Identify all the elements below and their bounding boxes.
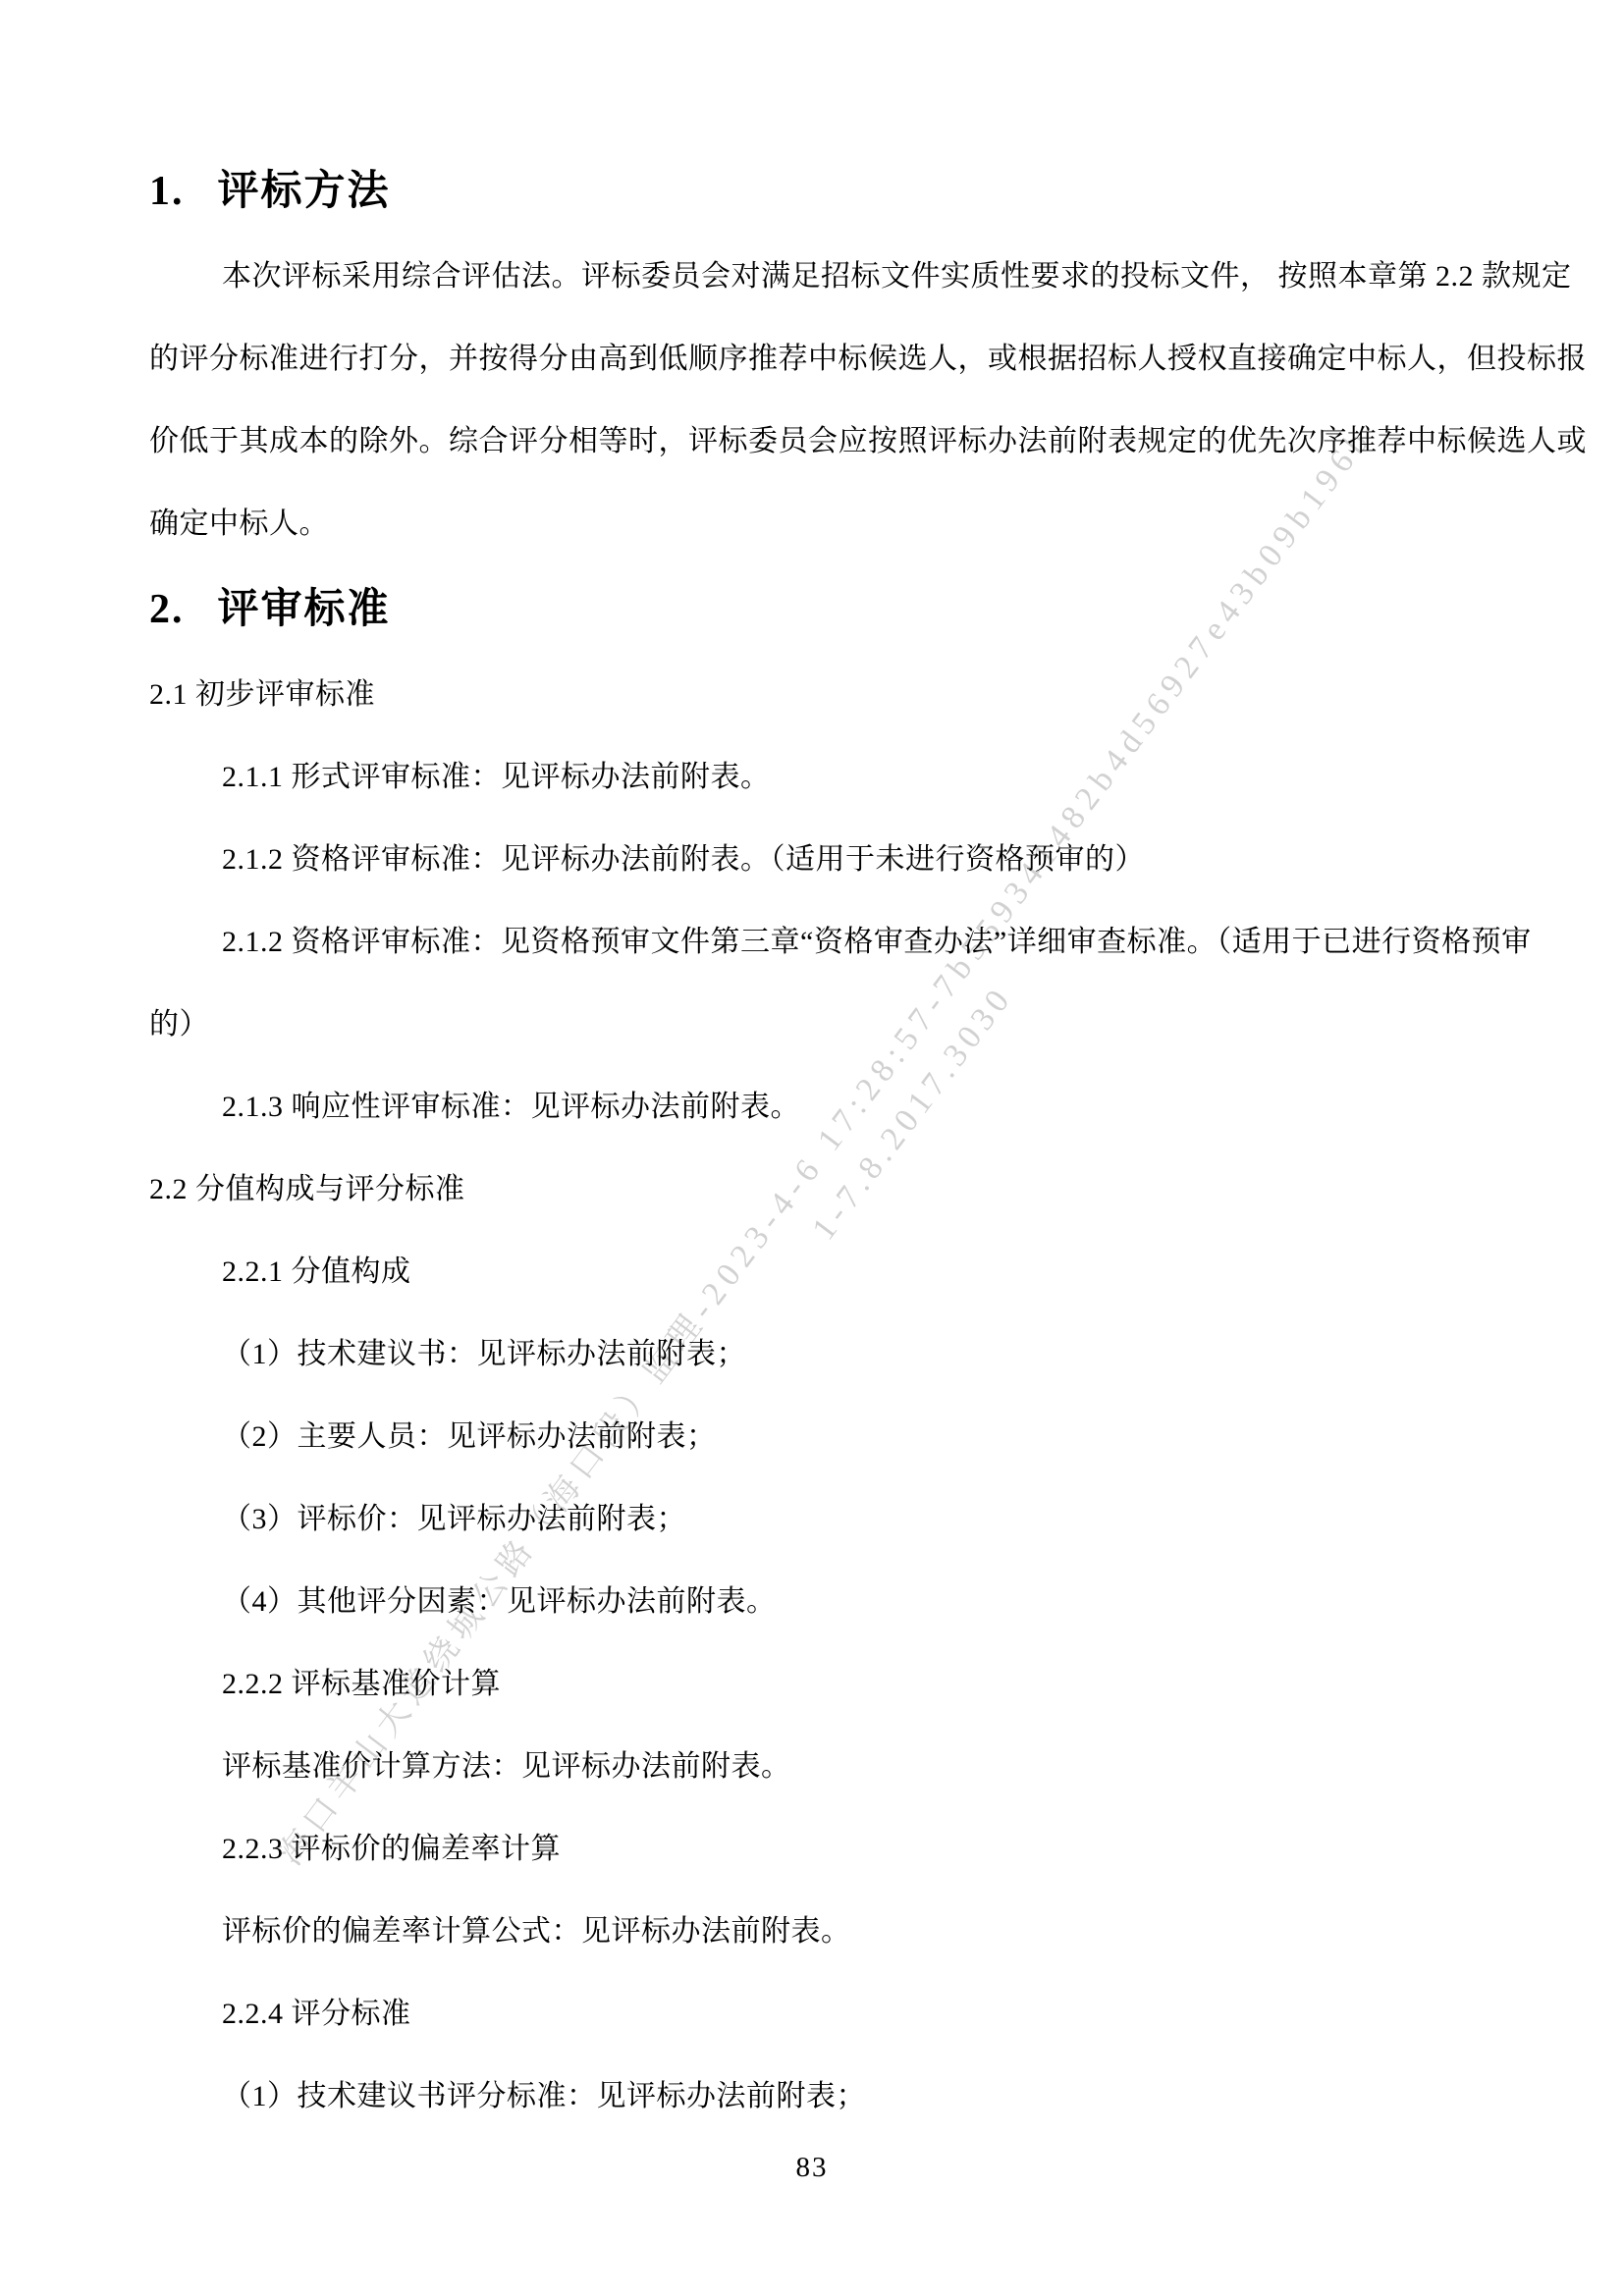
clause-text-base-price: 评标基准价计算方法：见评标办法前附表。 (149, 1726, 1455, 1808)
list-item-1: （1）技术建议书：见评标办法前附表； (149, 1313, 1455, 1396)
list-item-4: （4）其他评分因素：见评标办法前附表。 (149, 1561, 1455, 1643)
document-body: 1.评标方法 本次评标采用综合评估法。评标委员会对满足招标文件实质性要求的投标文… (149, 147, 1455, 2138)
clause-line-2-2-2: 2.2.2 评标基准价计算 (149, 1643, 1455, 1726)
paragraph-line: 价低于其成本的除外。综合评分相等时，评标委员会应按照评标办法前附表规定的优先次序… (149, 400, 1455, 483)
clause-line-2-1-1: 2.1.1 形式评审标准：见评标办法前附表。 (149, 736, 1455, 819)
clause-text-deviation-formula: 评标价的偏差率计算公式：见评标办法前附表。 (149, 1891, 1455, 1973)
section-2-heading: 2.评审标准 (149, 565, 1455, 654)
clause-line-2-1-3: 2.1.3 响应性评审标准：见评标办法前附表。 (149, 1066, 1455, 1148)
section-1-heading: 1.评标方法 (149, 147, 1455, 236)
section-1-title: 评标方法 (218, 169, 391, 214)
clause-line-2-1-2b: 2.1.2 资格评审标准：见资格预审文件第三章“资格审查办法”详细审查标准。（适… (149, 901, 1455, 984)
clause-line-2-2-1: 2.2.1 分值构成 (149, 1231, 1455, 1313)
section-1-number: 1. (149, 147, 185, 236)
clause-line-continuation: 的） (149, 984, 1455, 1066)
clause-line-2-2-3: 2.2.3 评标价的偏差率计算 (149, 1808, 1455, 1891)
list-item-2: （2）主要人员：见评标办法前附表； (149, 1396, 1455, 1478)
clause-line-2-2-4: 2.2.4 评分标准 (149, 1973, 1455, 2056)
paragraph-line: 本次评标采用综合评估法。评标委员会对满足招标文件实质性要求的投标文件， 按照本章… (149, 236, 1455, 318)
section-2-title: 评审标准 (218, 587, 391, 632)
page-number: 83 (0, 2152, 1624, 2184)
clause-line-2-1-2a: 2.1.2 资格评审标准：见评标办法前附表。（适用于未进行资格预审的） (149, 819, 1455, 901)
document-page: 海口羊山大道绕城公路（海口段）监理-2023-4-6 17:28:57-7b55… (0, 0, 1624, 2296)
list-item-3: （3）评标价：见评标办法前附表； (149, 1478, 1455, 1561)
list-item-1-scoring: （1）技术建议书评分标准：见评标办法前附表； (149, 2056, 1455, 2138)
clause-line-2-1: 2.1 初步评审标准 (149, 654, 1455, 736)
section-2-number: 2. (149, 565, 185, 654)
paragraph-line: 的评分标准进行打分，并按得分由高到低顺序推荐中标候选人，或根据招标人授权直接确定… (149, 318, 1455, 400)
paragraph-line: 确定中标人。 (149, 483, 1455, 565)
clause-line-2-2: 2.2 分值构成与评分标准 (149, 1148, 1455, 1231)
